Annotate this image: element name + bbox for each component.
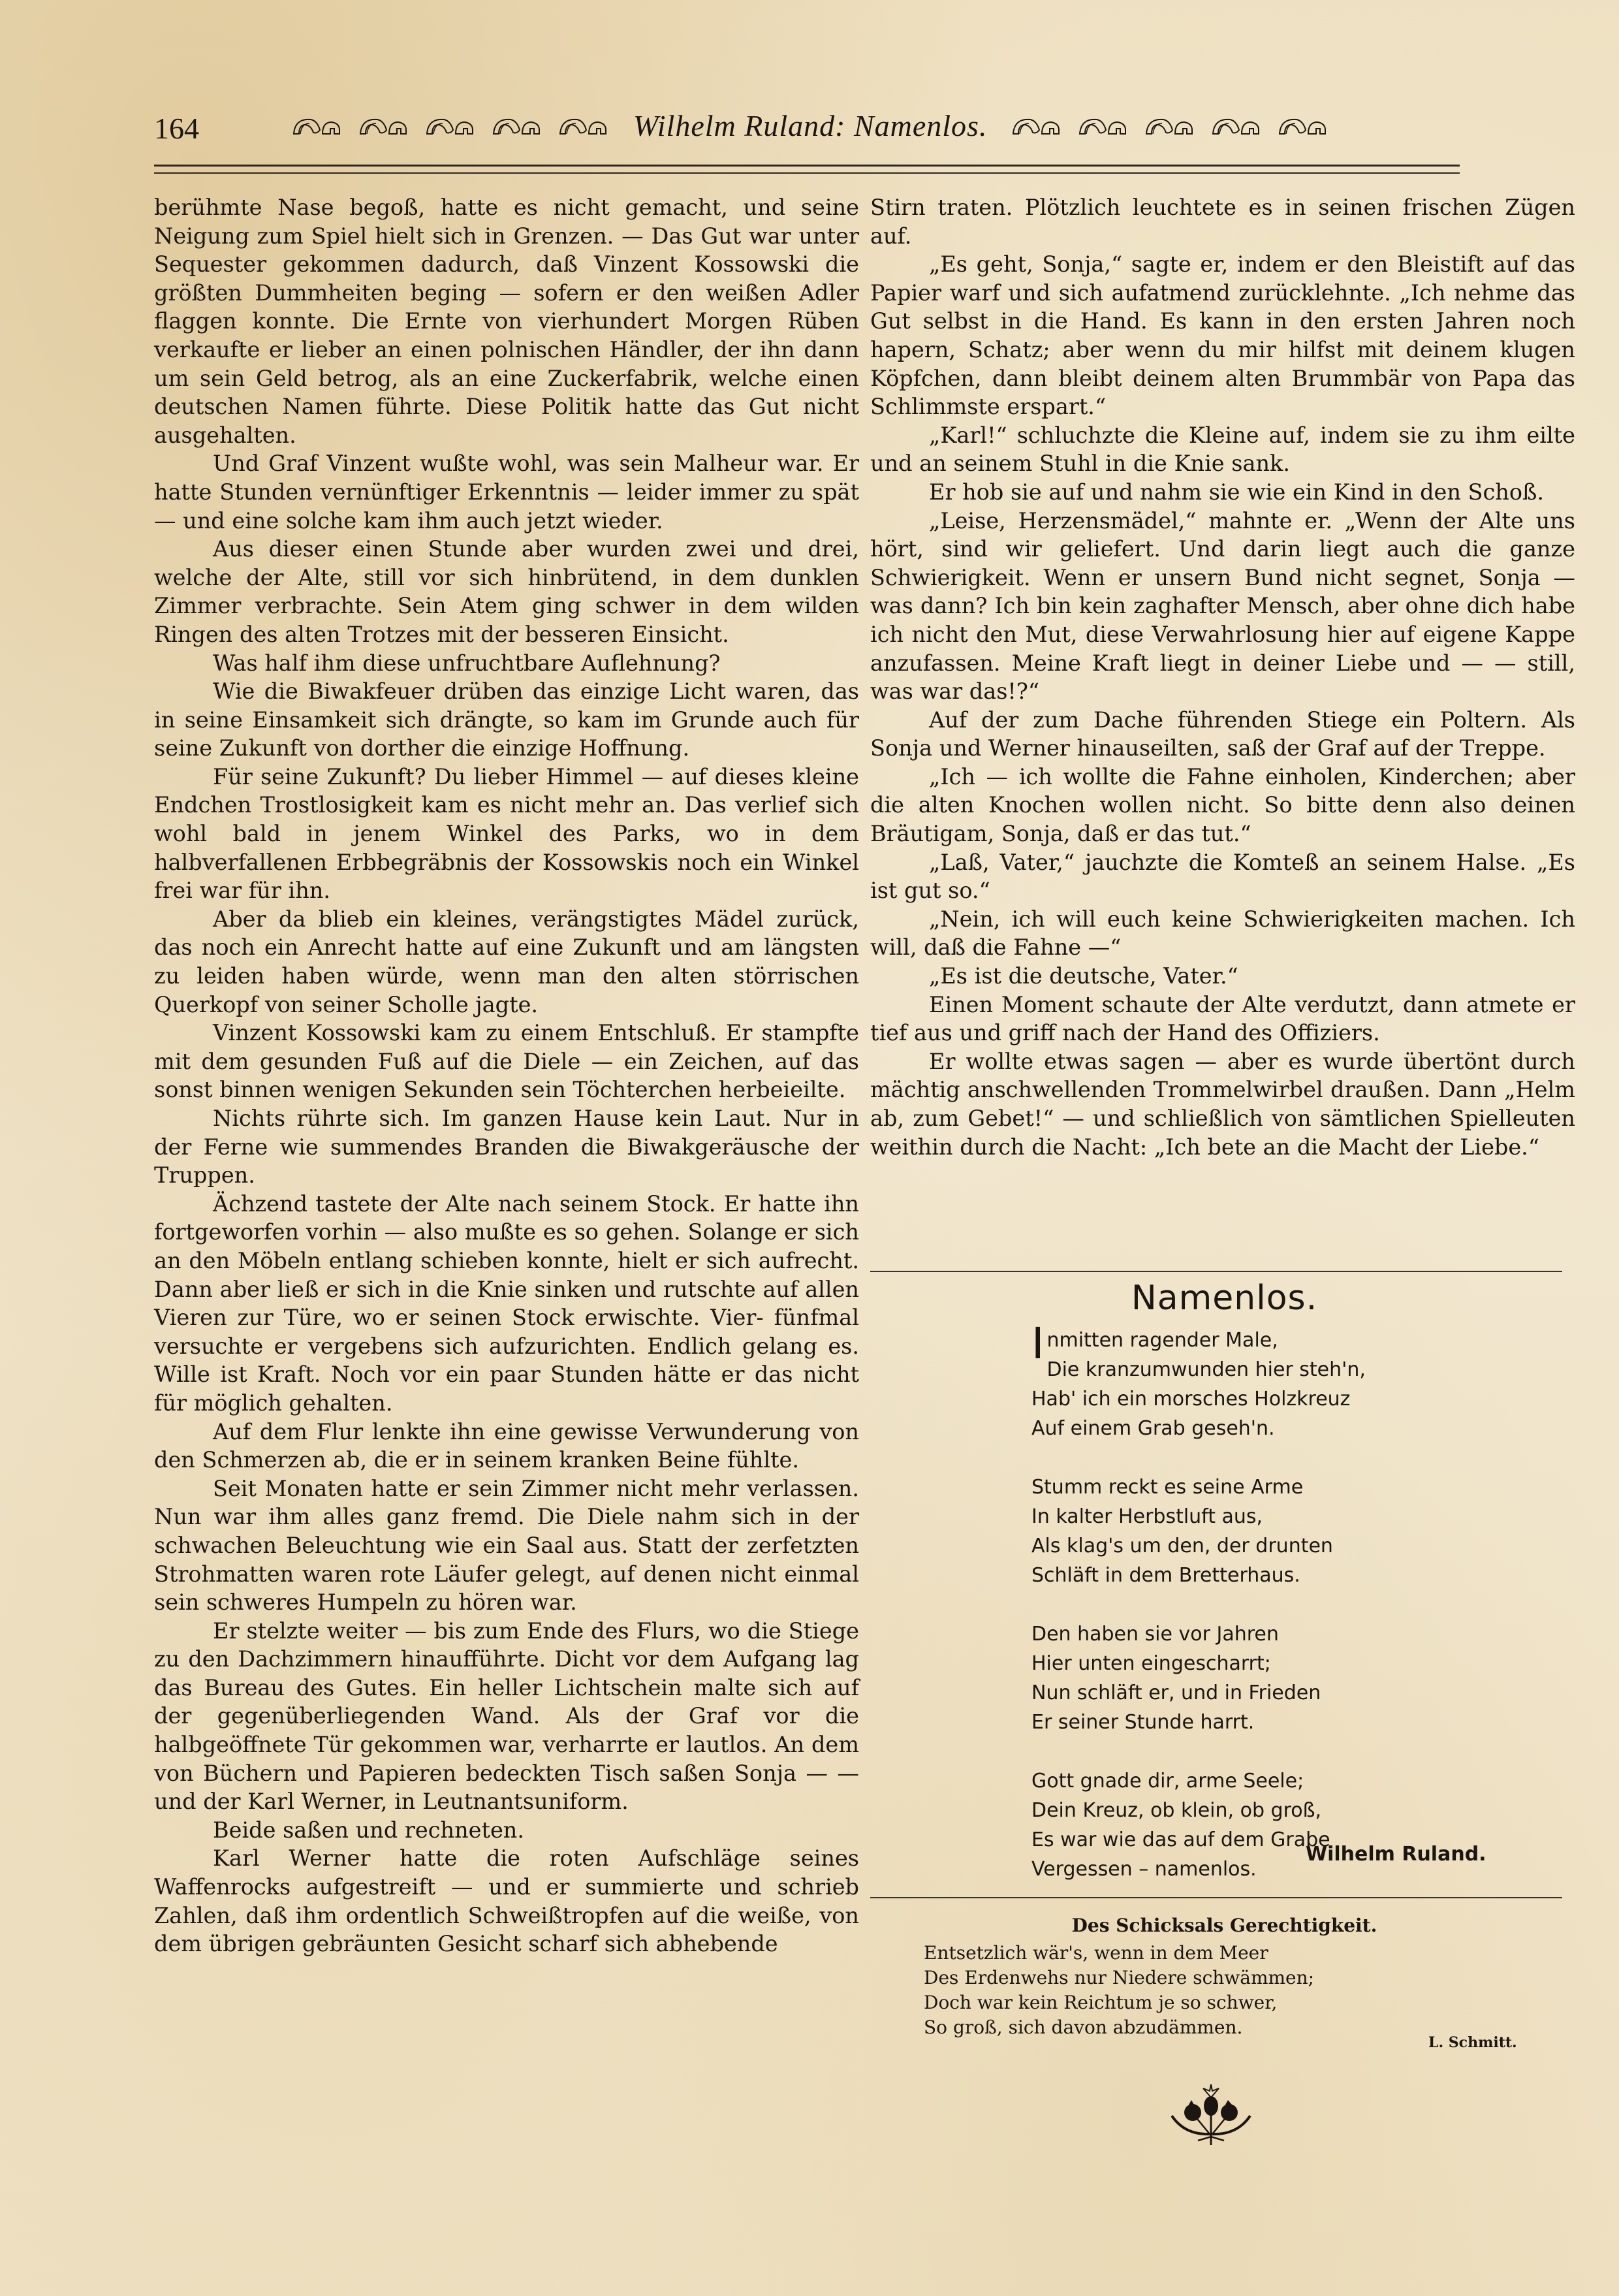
running-title-row: Wilhelm Ruland: Namenlos. [291, 108, 1329, 143]
epigram-line: So groß, sich davon abzudämmen. [924, 2015, 1314, 2040]
story-paragraph: Und Graf Vinzent wußte wohl, was sein Ma… [154, 449, 859, 535]
poem-stanza: Inmitten ragender Male,Die kranzumwunden… [1031, 1326, 1364, 1443]
story-paragraph: „Leise, Herzensmädel,“ mahnte er. „Wenn … [870, 507, 1575, 706]
page-number: 164 [154, 111, 199, 146]
poem-line: Er seiner Stunde harrt. [1031, 1708, 1364, 1737]
poem-body: Inmitten ragender Male,Die kranzumwunden… [1031, 1326, 1364, 1913]
poem-line: Nun schläft er, und in Frieden [1031, 1678, 1364, 1708]
epigram-author: L. Schmitt. [1428, 2034, 1517, 2051]
story-paragraph: Was half ihm diese unfruchtbare Auflehnu… [154, 649, 859, 678]
poem-line: Den haben sie vor Jahren [1031, 1619, 1364, 1649]
poem-stanza: Gott gnade dir, arme Seele;Dein Kreuz, o… [1031, 1766, 1364, 1884]
floral-vignette-icon [1159, 2083, 1263, 2148]
poem-line: Gott gnade dir, arme Seele; [1031, 1766, 1364, 1796]
epigram-line: Entsetzlich wär's, wenn in dem Meer [924, 1941, 1314, 1966]
story-column-right: Stirn traten. Plötzlich leuchtete es in … [870, 193, 1575, 1161]
poem-stanza: Stumm reckt es seine ArmeIn kalter Herbs… [1031, 1473, 1364, 1590]
scroll-ornament-icon [291, 114, 343, 138]
story-paragraph: Beide saßen und rechneten. [154, 1816, 859, 1845]
poem-line: Dein Kreuz, ob klein, ob groß, [1031, 1796, 1364, 1825]
story-paragraph: „Es geht, Sonja,“ sagte er, indem er den… [870, 250, 1575, 421]
poem-line: Auf einem Grab geseh'n. [1031, 1414, 1364, 1443]
story-paragraph: Auf der zum Dache führenden Stiege ein P… [870, 706, 1575, 763]
story-paragraph: Er wollte etwas sagen — aber es wurde üb… [870, 1047, 1575, 1161]
poem-line: Hab' ich ein morsches Holzkreuz [1031, 1384, 1364, 1414]
epigram-line: Des Erdenwehs nur Niedere schwämmen; [924, 1966, 1314, 1990]
poem-line: Inmitten ragender Male, [1031, 1326, 1364, 1355]
story-paragraph: Für seine Zukunft? Du lieber Himmel — au… [154, 763, 859, 905]
scroll-ornament-icon [1144, 114, 1196, 138]
header-rule-lower [154, 172, 1460, 174]
story-paragraph: Seit Monaten hatte er sein Zimmer nicht … [154, 1475, 859, 1617]
poem-author: Wilhelm Ruland. [1306, 1843, 1486, 1866]
poem-line: Als klag's um den, der drunten [1031, 1531, 1364, 1561]
running-title: Wilhelm Ruland: Namenlos. [633, 108, 987, 143]
story-paragraph: „Laß, Vater,“ jauchzte die Komteß an sei… [870, 848, 1575, 905]
story-paragraph: Aus dieser einen Stunde aber wurden zwei… [154, 535, 859, 648]
story-paragraph: Karl Werner hatte die roten Aufschläge s… [154, 1844, 859, 1958]
story-column-left: berühmte Nase begoß, hatte es nicht gema… [154, 193, 859, 1958]
scroll-ornament-icon [358, 114, 410, 138]
header-rule-upper [154, 165, 1460, 167]
poem-line: Schläft in dem Bretterhaus. [1031, 1561, 1364, 1590]
scroll-ornament-icon [1077, 114, 1129, 138]
section-divider-2 [870, 1897, 1562, 1898]
story-paragraph: Wie die Biwakfeuer drüben das einzige Li… [154, 677, 859, 763]
story-paragraph: Vinzent Kossowski kam zu einem Entschluß… [154, 1019, 859, 1104]
story-paragraph: Auf dem Flur lenkte ihn eine gewisse Ver… [154, 1418, 859, 1475]
section-divider [870, 1271, 1562, 1272]
story-paragraph: „Karl!“ schluchzte die Kleine auf, indem… [870, 421, 1575, 478]
story-paragraph: Einen Moment schaute der Alte verdutzt, … [870, 991, 1575, 1047]
story-paragraph: berühmte Nase begoß, hatte es nicht gema… [154, 193, 859, 449]
story-paragraph: Er stelzte weiter — bis zum Ende des Flu… [154, 1617, 859, 1816]
poem-line: Stumm reckt es seine Arme [1031, 1473, 1364, 1502]
poem-line: Die kranzumwunden hier steh'n, [1031, 1355, 1364, 1384]
story-paragraph: Aber da blieb ein kleines, verängstigtes… [154, 905, 859, 1019]
scroll-ornament-icon [491, 114, 543, 138]
scroll-ornament-icon [424, 114, 477, 138]
scroll-ornament-icon [558, 114, 610, 138]
epigram-line: Doch war kein Reichtum je so schwer, [924, 1990, 1314, 2015]
poem-stanza: Den haben sie vor JahrenHier unten einge… [1031, 1619, 1364, 1737]
scroll-ornament-icon [1277, 114, 1329, 138]
story-paragraph: Er hob sie auf und nahm sie wie ein Kind… [870, 478, 1575, 507]
story-paragraph: Stirn traten. Plötzlich leuchtete es in … [870, 193, 1575, 250]
story-paragraph: „Es ist die deutsche, Vater.“ [870, 962, 1575, 991]
scroll-ornament-icon [1011, 114, 1063, 138]
ornament-group-left [291, 114, 610, 138]
poem-line: Hier unten eingescharrt; [1031, 1649, 1364, 1678]
story-paragraph: „Ich — ich wollte die Fahne einholen, Ki… [870, 763, 1575, 848]
page-header: 164 Wilhelm Ruland: Namenlos. [154, 104, 1427, 157]
story-paragraph: „Nein, ich will euch keine Schwierigkeit… [870, 905, 1575, 962]
ornament-group-right [1011, 114, 1329, 138]
poem-line: In kalter Herbstluft aus, [1031, 1502, 1364, 1531]
story-paragraph: Nichts rührte sich. Im ganzen Hause kein… [154, 1104, 859, 1190]
story-paragraph: Ächzend tastete der Alte nach seinem Sto… [154, 1190, 859, 1418]
epigram-title: Des Schicksals Gerechtigkeit. [870, 1915, 1579, 1936]
poem-title: Namenlos. [870, 1279, 1579, 1318]
epigram-body: Entsetzlich wär's, wenn in dem MeerDes E… [924, 1941, 1314, 2040]
scroll-ornament-icon [1210, 114, 1263, 138]
drop-cap: I [1031, 1331, 1044, 1357]
